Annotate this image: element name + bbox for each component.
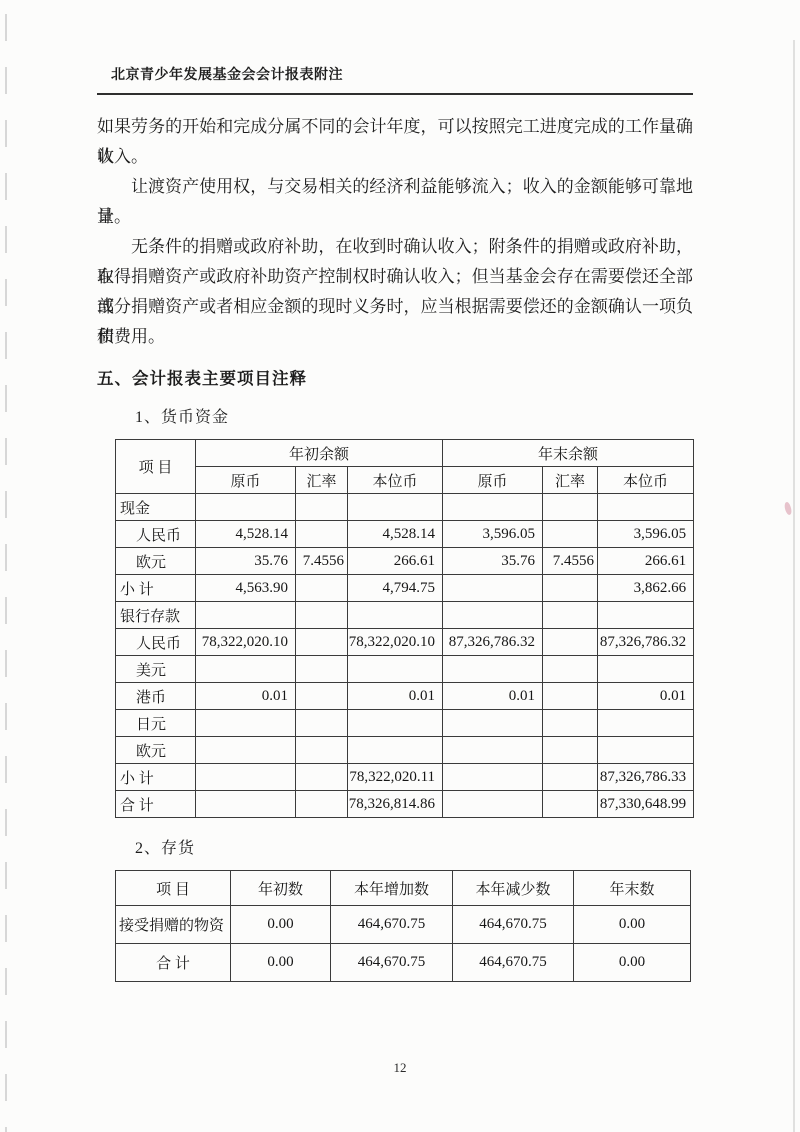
table-cell: 4,528.14 (196, 521, 296, 548)
header-decrease-amount: 本年减少数 (453, 871, 574, 906)
table-cell (598, 656, 694, 683)
table-cell (443, 764, 543, 791)
paragraph-line: 量。 (97, 202, 693, 232)
table-cell: 3,596.05 (598, 521, 694, 548)
monetary-table-row: 欧元35.767.4556266.6135.767.4556266.61 (116, 548, 694, 575)
monetary-table-row: 小 计78,322,020.1187,326,786.33 (116, 764, 694, 791)
table-cell (196, 602, 296, 629)
table-cell (296, 764, 348, 791)
table-cell (443, 710, 543, 737)
table-cell (196, 656, 296, 683)
inventory-table-header: 项 目 年初数 本年增加数 本年减少数 年末数 (116, 871, 691, 906)
table-cell: 4,794.75 (348, 575, 443, 602)
table-cell: 78,326,814.86 (348, 791, 443, 818)
header-item: 项 目 (116, 440, 196, 494)
row-label: 小 计 (116, 764, 196, 791)
monetary-table-row: 合 计78,326,814.8687,330,648.99 (116, 791, 694, 818)
table-cell: 78,322,020.10 (196, 629, 296, 656)
table-cell: 0.00 (574, 944, 691, 982)
table-cell (296, 521, 348, 548)
header-base-currency: 本位币 (598, 467, 694, 494)
table-cell: 266.61 (598, 548, 694, 575)
table-cell: 7.4556 (543, 548, 598, 575)
table-cell (196, 494, 296, 521)
row-label: 接受捐赠的物资 (116, 906, 231, 944)
row-label: 人民币 (116, 521, 196, 548)
row-label: 银行存款 (116, 602, 196, 629)
header-exchange-rate: 汇率 (543, 467, 598, 494)
table-cell (543, 764, 598, 791)
subsection-heading-monetary-funds: 1、货币资金 (135, 404, 693, 427)
scan-artifact-right-line (793, 40, 795, 1132)
table-cell (196, 710, 296, 737)
row-label: 港币 (116, 683, 196, 710)
table-cell (196, 737, 296, 764)
table-cell: 0.01 (348, 683, 443, 710)
page-number: 12 (0, 1060, 800, 1076)
table-cell (543, 737, 598, 764)
row-label: 人民币 (116, 629, 196, 656)
header-original-currency: 原币 (443, 467, 543, 494)
table-cell (296, 710, 348, 737)
header-increase-amount: 本年增加数 (331, 871, 453, 906)
row-label: 小 计 (116, 575, 196, 602)
table-cell (196, 764, 296, 791)
scan-artifact-pink-mark (783, 501, 793, 515)
table-cell: 78,322,020.10 (348, 629, 443, 656)
table-cell (598, 602, 694, 629)
table-cell: 4,528.14 (348, 521, 443, 548)
table-cell (543, 575, 598, 602)
monetary-header-row-subs: 原币 汇率 本位币 原币 汇率 本位币 (116, 467, 694, 494)
table-cell (598, 710, 694, 737)
table-cell: 0.01 (443, 683, 543, 710)
table-cell (543, 494, 598, 521)
monetary-table-row: 港币0.010.010.010.01 (116, 683, 694, 710)
row-label: 美元 (116, 656, 196, 683)
row-label: 欧元 (116, 548, 196, 575)
table-cell (296, 602, 348, 629)
table-cell (543, 683, 598, 710)
table-cell: 35.76 (443, 548, 543, 575)
document-page: 北京青少年发展基金会会计报表附注 如果劳务的开始和完成分属不同的会计年度，可以按… (97, 64, 693, 982)
table-cell: 3,596.05 (443, 521, 543, 548)
monetary-header-row-groups: 项 目 年初余额 年末余额 (116, 440, 694, 467)
monetary-table-row: 欧元 (116, 737, 694, 764)
table-cell (196, 791, 296, 818)
inventory-header-row: 项 目 年初数 本年增加数 本年减少数 年末数 (116, 871, 691, 906)
paragraph-line: 让渡资产使用权，与交易相关的经济利益能够流入；收入的金额能够可靠地计 (97, 172, 693, 202)
table-cell (543, 791, 598, 818)
monetary-table-row: 现金 (116, 494, 694, 521)
table-cell: 87,326,786.32 (443, 629, 543, 656)
table-cell (348, 710, 443, 737)
table-cell (543, 521, 598, 548)
monetary-funds-table: 项 目 年初余额 年末余额 原币 汇率 本位币 原币 汇率 本位币 现金人民币4… (115, 439, 694, 818)
section-heading: 五、会计报表主要项目注释 (97, 365, 693, 389)
table-cell (296, 737, 348, 764)
paragraph-line: 收入。 (97, 142, 693, 172)
table-cell: 3,862.66 (598, 575, 694, 602)
table-cell: 4,563.90 (196, 575, 296, 602)
table-cell: 0.01 (196, 683, 296, 710)
table-cell (348, 602, 443, 629)
table-cell (348, 494, 443, 521)
body-paragraphs: 如果劳务的开始和完成分属不同的会计年度，可以按照完工进度完成的工作量确认收入。让… (97, 112, 693, 352)
table-cell (443, 737, 543, 764)
table-cell (296, 494, 348, 521)
table-cell (296, 656, 348, 683)
paragraph-line: 部分捐赠资产或者相应金额的现时义务时，应当根据需要偿还的金额确认一项负债 (97, 292, 693, 322)
table-cell: 7.4556 (296, 548, 348, 575)
paragraph-line: 和费用。 (97, 322, 693, 352)
table-cell (443, 791, 543, 818)
table-cell: 464,670.75 (331, 944, 453, 982)
paragraph-line: 无条件的捐赠或政府补助，在收到时确认收入；附条件的捐赠或政府补助，在 (97, 232, 693, 262)
row-label: 日元 (116, 710, 196, 737)
monetary-table-row: 人民币78,322,020.1078,322,020.1087,326,786.… (116, 629, 694, 656)
table-cell (296, 629, 348, 656)
table-cell (296, 791, 348, 818)
header-exchange-rate: 汇率 (296, 467, 348, 494)
table-cell (348, 737, 443, 764)
table-cell (598, 494, 694, 521)
inventory-table: 项 目 年初数 本年增加数 本年减少数 年末数 接受捐赠的物资0.00464,6… (115, 870, 691, 982)
table-cell (296, 683, 348, 710)
table-cell: 464,670.75 (453, 906, 574, 944)
monetary-table-row: 美元 (116, 656, 694, 683)
monetary-table-row: 日元 (116, 710, 694, 737)
table-cell: 0.00 (231, 944, 331, 982)
table-cell: 464,670.75 (331, 906, 453, 944)
table-cell: 78,322,020.11 (348, 764, 443, 791)
row-label: 合 计 (116, 944, 231, 982)
monetary-table-body: 现金人民币4,528.144,528.143,596.053,596.05欧元3… (116, 494, 694, 818)
header-item: 项 目 (116, 871, 231, 906)
table-cell: 464,670.75 (453, 944, 574, 982)
header-end-amount: 年末数 (574, 871, 691, 906)
table-cell: 87,330,648.99 (598, 791, 694, 818)
paragraph-line: 如果劳务的开始和完成分属不同的会计年度，可以按照完工进度完成的工作量确认 (97, 112, 693, 142)
monetary-table-header: 项 目 年初余额 年末余额 原币 汇率 本位币 原币 汇率 本位币 (116, 440, 694, 494)
table-cell (348, 656, 443, 683)
table-cell (543, 629, 598, 656)
table-cell (443, 575, 543, 602)
header-begin-balance: 年初余额 (196, 440, 443, 467)
monetary-table-row: 银行存款 (116, 602, 694, 629)
header-end-balance: 年末余额 (443, 440, 694, 467)
table-cell: 0.00 (574, 906, 691, 944)
table-cell (543, 602, 598, 629)
subsection-heading-inventory: 2、存货 (135, 835, 693, 858)
table-cell (443, 494, 543, 521)
scan-artifact-left-dashes (5, 14, 7, 1132)
row-label: 合 计 (116, 791, 196, 818)
row-label: 欧元 (116, 737, 196, 764)
inventory-table-row: 合 计0.00464,670.75464,670.750.00 (116, 944, 691, 982)
paragraph-line: 取得捐赠资产或政府补助资产控制权时确认收入；但当基金会存在需要偿还全部或 (97, 262, 693, 292)
table-cell (296, 575, 348, 602)
header-original-currency: 原币 (196, 467, 296, 494)
table-cell: 87,326,786.32 (598, 629, 694, 656)
monetary-table-row: 人民币4,528.144,528.143,596.053,596.05 (116, 521, 694, 548)
monetary-table-row: 小 计4,563.904,794.753,862.66 (116, 575, 694, 602)
table-cell (443, 602, 543, 629)
inventory-table-body: 接受捐赠的物资0.00464,670.75464,670.750.00合 计0.… (116, 906, 691, 982)
table-cell: 87,326,786.33 (598, 764, 694, 791)
table-cell (598, 737, 694, 764)
table-cell: 35.76 (196, 548, 296, 575)
table-cell: 266.61 (348, 548, 443, 575)
table-cell: 0.01 (598, 683, 694, 710)
table-cell (543, 656, 598, 683)
table-cell (543, 710, 598, 737)
document-header-title: 北京青少年发展基金会会计报表附注 (97, 64, 693, 95)
table-cell (443, 656, 543, 683)
table-cell: 0.00 (231, 906, 331, 944)
inventory-table-row: 接受捐赠的物资0.00464,670.75464,670.750.00 (116, 906, 691, 944)
header-base-currency: 本位币 (348, 467, 443, 494)
header-begin-amount: 年初数 (231, 871, 331, 906)
row-label: 现金 (116, 494, 196, 521)
